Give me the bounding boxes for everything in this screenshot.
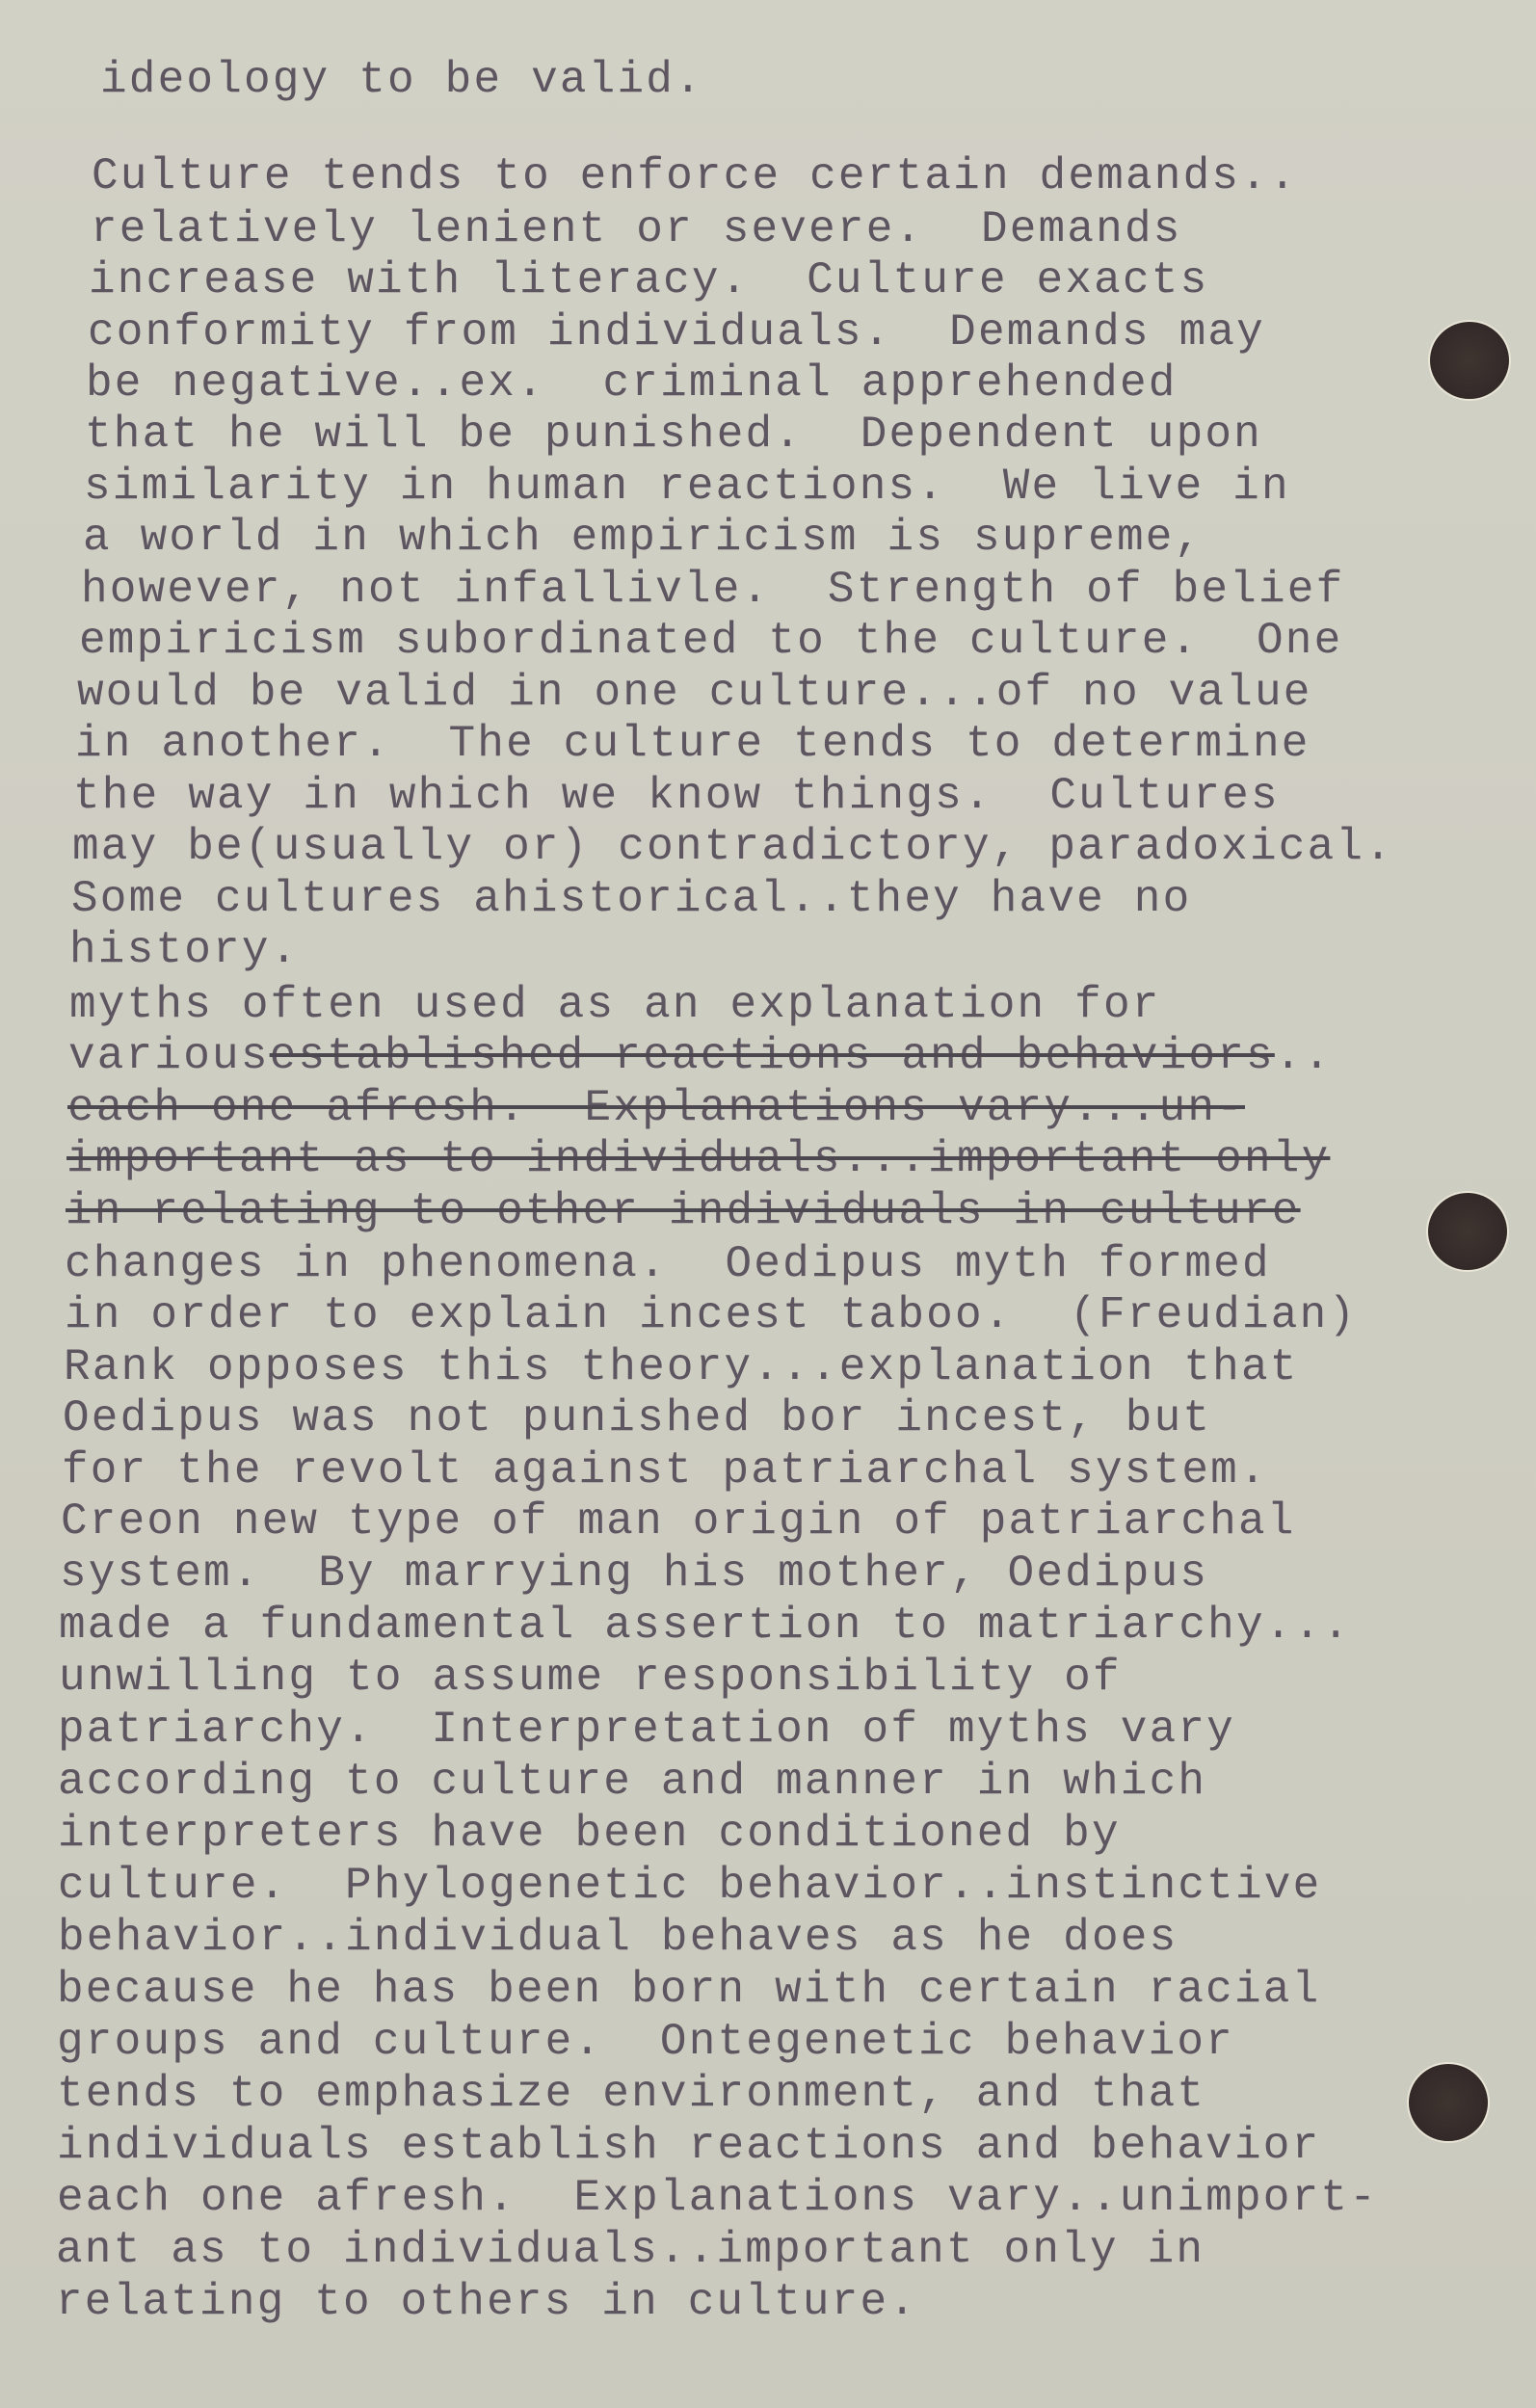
line-text: interpreters have been conditioned by bbox=[58, 1809, 1121, 1859]
line-text: in order to explain incest taboo. (Freud… bbox=[65, 1290, 1357, 1340]
text-line: conformity from individuals. Demands may bbox=[88, 310, 1265, 355]
text-line: myths often used as an explanation for bbox=[69, 983, 1161, 1027]
struck-text: established reactions and behaviors bbox=[270, 1031, 1275, 1081]
line-text: ant as to individuals..important only in bbox=[56, 2225, 1205, 2275]
text-line: Creon new type of man origin of patriarc… bbox=[61, 1499, 1296, 1544]
line-text: groups and culture. Ontegenetic behavior bbox=[57, 2017, 1234, 2067]
line-text: history. bbox=[69, 925, 299, 975]
text-line: relatively lenient or severe. Demands bbox=[91, 207, 1182, 251]
line-text: behavior..individual behaves as he does bbox=[58, 1913, 1178, 1963]
line-text: individuals establish reactions and beha… bbox=[57, 2121, 1320, 2171]
line-text: Rank opposes this theory...explanation t… bbox=[64, 1342, 1299, 1392]
text-line: ideology to be valid. bbox=[100, 58, 703, 102]
line-text: important as to individuals...important … bbox=[66, 1134, 1330, 1184]
text-line: groups and culture. Ontegenetic behavior bbox=[57, 2020, 1234, 2064]
text-line: for the revolt against patriarchal syste… bbox=[62, 1448, 1268, 1493]
line-text: changes in phenomena. Oedipus myth forme… bbox=[65, 1239, 1271, 1289]
line-tail: .. bbox=[1275, 1031, 1333, 1081]
text-line: changes in phenomena. Oedipus myth forme… bbox=[65, 1242, 1271, 1286]
line-text: according to culture and manner in which bbox=[58, 1757, 1206, 1807]
text-line: important as to individuals...important … bbox=[66, 1137, 1330, 1181]
punch-hole-top bbox=[1430, 322, 1509, 399]
text-line: a world in which empiricism is supreme, bbox=[83, 516, 1203, 560]
line-text: in another. The culture tends to determi… bbox=[75, 719, 1311, 769]
line-text: Culture tends to enforce certain demands… bbox=[92, 151, 1298, 201]
text-line: each one afresh. Explanations vary..unim… bbox=[57, 2176, 1378, 2220]
line-text: may be(usually or) contradictory, parado… bbox=[72, 822, 1393, 872]
line-text: culture. Phylogenetic behavior..instinct… bbox=[58, 1861, 1321, 1911]
text-line: Culture tends to enforce certain demands… bbox=[92, 154, 1298, 198]
line-text: myths often used as an explanation for bbox=[69, 980, 1161, 1030]
text-line: patriarchy. Interpretation of myths vary bbox=[58, 1707, 1235, 1752]
text-line: in order to explain incest taboo. (Freud… bbox=[65, 1293, 1357, 1337]
text-line: the way in which we know things. Culture… bbox=[73, 774, 1280, 818]
line-text: Creon new type of man origin of patriarc… bbox=[61, 1496, 1296, 1547]
line-text: a world in which empiricism is supreme, bbox=[83, 513, 1203, 563]
text-line: may be(usually or) contradictory, parado… bbox=[72, 825, 1393, 869]
line-text: unwilling to assume responsibility of bbox=[59, 1653, 1122, 1703]
line-text: made a fundamental assertion to matriarc… bbox=[59, 1601, 1351, 1651]
line-text: each one afresh. Explanations vary..unim… bbox=[57, 2173, 1378, 2223]
text-line: Rank opposes this theory...explanation t… bbox=[64, 1345, 1299, 1389]
text-line: made a fundamental assertion to matriarc… bbox=[59, 1603, 1351, 1648]
line-text: tends to emphasize environment, and that bbox=[57, 2069, 1205, 2119]
line-text: however, not infallivle. Strength of bel… bbox=[81, 565, 1344, 615]
text-line: tends to emphasize environment, and that bbox=[57, 2072, 1205, 2116]
line-text: Oedipus was not punished bor incest, but bbox=[63, 1393, 1211, 1443]
line-text: various bbox=[68, 1031, 270, 1081]
punch-hole-bottom bbox=[1409, 2064, 1488, 2141]
line-text: would be valid in one culture...of no va… bbox=[77, 668, 1312, 718]
line-text: that he will be punished. Dependent upon bbox=[85, 410, 1262, 460]
text-line: in another. The culture tends to determi… bbox=[75, 722, 1311, 766]
line-text: system. By marrying his mother, Oedipus bbox=[60, 1548, 1208, 1599]
text-line: increase with literacy. Culture exacts bbox=[89, 258, 1208, 303]
text-line: each one afresh. Explanations vary...un- bbox=[67, 1086, 1245, 1130]
line-text: empiricism subordinated to the culture. … bbox=[79, 616, 1342, 666]
text-line: similarity in human reactions. We live i… bbox=[84, 464, 1290, 509]
text-line: history. bbox=[69, 928, 299, 972]
line-text: because he has been born with certain ra… bbox=[57, 1965, 1320, 2015]
text-line: Oedipus was not punished bor incest, but bbox=[63, 1396, 1211, 1441]
line-text: for the revolt against patriarchal syste… bbox=[62, 1445, 1268, 1495]
text-line: empiricism subordinated to the culture. … bbox=[79, 619, 1342, 663]
text-line: unwilling to assume responsibility of bbox=[59, 1655, 1122, 1700]
text-line: be negative..ex. criminal apprehended bbox=[86, 361, 1178, 406]
text-line: according to culture and manner in which bbox=[58, 1760, 1206, 1804]
text-line: culture. Phylogenetic behavior..instinct… bbox=[58, 1864, 1321, 1908]
line-text: ideology to be valid. bbox=[100, 55, 703, 105]
typewritten-page: ideology to be valid.Culture tends to en… bbox=[0, 0, 1536, 2408]
text-line: that he will be punished. Dependent upon bbox=[85, 412, 1262, 457]
line-text: similarity in human reactions. We live i… bbox=[84, 462, 1290, 512]
text-line: system. By marrying his mother, Oedipus bbox=[60, 1551, 1208, 1596]
text-line: ant as to individuals..important only in bbox=[56, 2228, 1205, 2272]
line-text: conformity from individuals. Demands may bbox=[88, 307, 1265, 357]
punch-hole-middle bbox=[1428, 1193, 1507, 1270]
line-text: relatively lenient or severe. Demands bbox=[91, 204, 1182, 254]
text-line: Some cultures ahistorical..they have no bbox=[71, 877, 1191, 921]
line-text: relating to others in culture. bbox=[56, 2277, 917, 2327]
text-line: individuals establish reactions and beha… bbox=[57, 2124, 1320, 2168]
text-line: variousestablished reactions and behavio… bbox=[68, 1034, 1332, 1078]
line-text: Some cultures ahistorical..they have no bbox=[71, 874, 1191, 924]
text-line: interpreters have been conditioned by bbox=[58, 1812, 1121, 1856]
line-text: the way in which we know things. Culture… bbox=[73, 771, 1280, 821]
text-line: because he has been born with certain ra… bbox=[57, 1968, 1320, 2012]
line-text: increase with literacy. Culture exacts bbox=[89, 255, 1208, 305]
line-text: be negative..ex. criminal apprehended bbox=[86, 358, 1178, 409]
text-line: behavior..individual behaves as he does bbox=[58, 1916, 1178, 1960]
line-text: each one afresh. Explanations vary...un- bbox=[67, 1083, 1245, 1133]
line-text: patriarchy. Interpretation of myths vary bbox=[58, 1705, 1235, 1755]
text-line: however, not infallivle. Strength of bel… bbox=[81, 568, 1344, 612]
line-text: in relating to other individuals in cult… bbox=[66, 1186, 1301, 1236]
text-line: in relating to other individuals in cult… bbox=[66, 1189, 1301, 1233]
text-line: would be valid in one culture...of no va… bbox=[77, 671, 1312, 715]
text-line: relating to others in culture. bbox=[56, 2280, 917, 2324]
